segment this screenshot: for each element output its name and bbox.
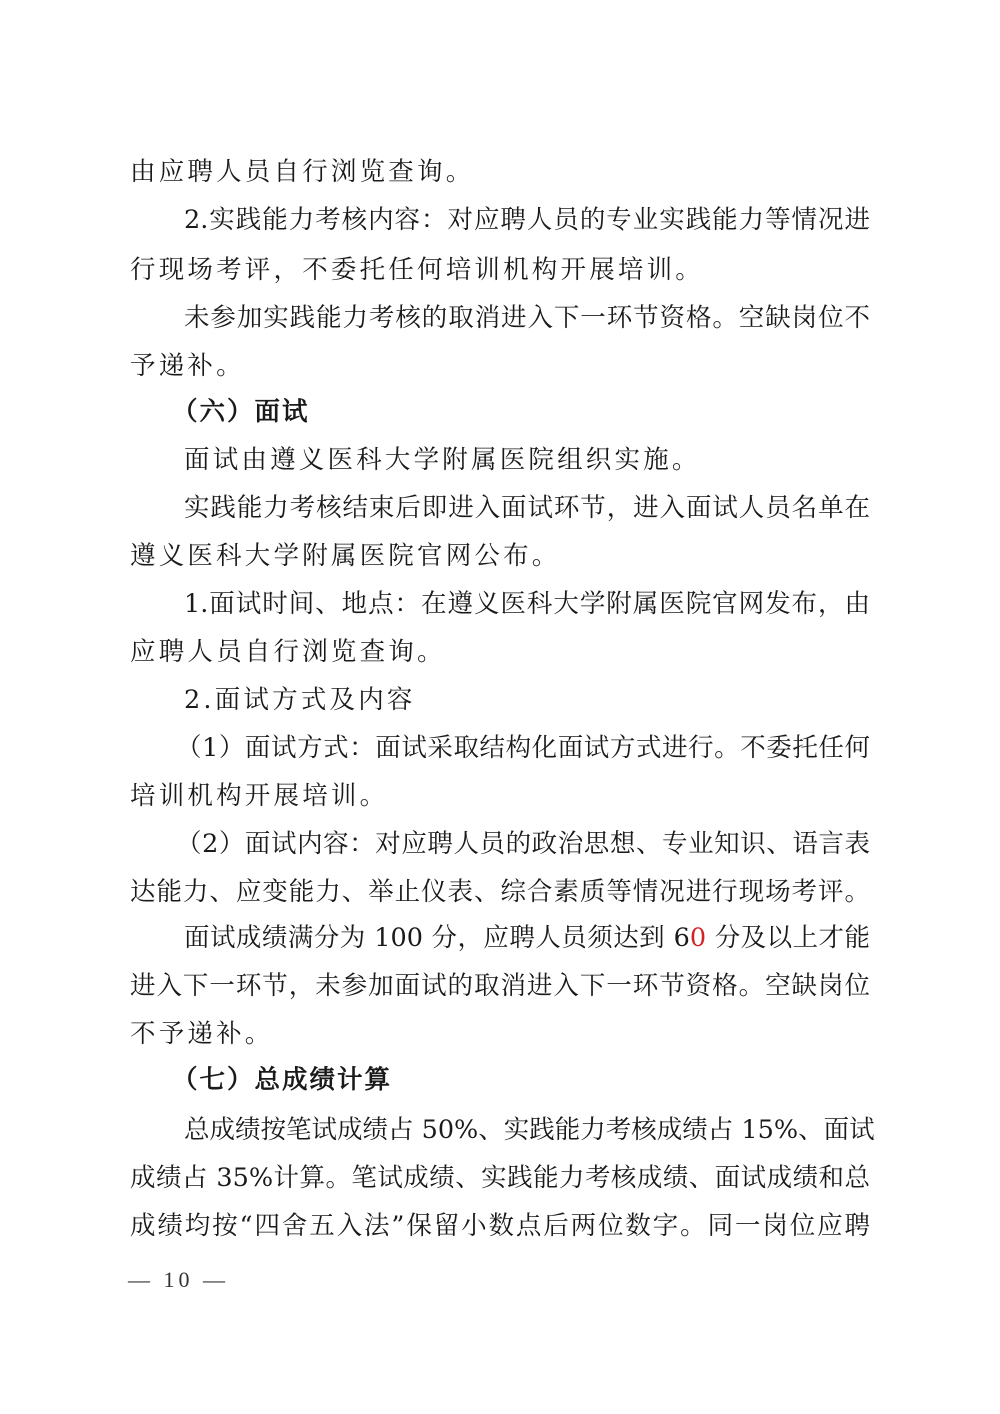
- paragraph-line: 应聘人员自行浏览查询。: [130, 636, 870, 668]
- paragraph-line: 培训机构开展培训。: [130, 780, 870, 812]
- paragraph-line: 行现场考评，不委托任何培训机构开展培训。: [130, 254, 870, 286]
- paragraph-line: 总成绩按笔试成绩占 50%、实践能力考核成绩占 15%、面试: [184, 1114, 870, 1146]
- paragraph-line: 遵义医科大学附属医院官网公布。: [130, 540, 870, 572]
- score-highlight-red: 0: [690, 923, 706, 953]
- score-text-pre: 面试成绩满分为 100 分，应聘人员须达到 6: [184, 923, 690, 953]
- paragraph-line: 予递补。: [130, 350, 870, 382]
- paragraph-line: 成绩占 35%计算。笔试成绩、实践能力考核成绩、面试成绩和总: [130, 1162, 870, 1194]
- paragraph-line: 面试由遵义医科大学附属医院组织实施。: [184, 444, 870, 476]
- page-number: — 10 —: [128, 1266, 229, 1294]
- paragraph-line: （1）面试方式：面试采取结构化面试方式进行。不委托任何: [176, 732, 870, 764]
- paragraph-line: （2）面试内容：对应聘人员的政治思想、专业知识、语言表: [176, 828, 870, 860]
- paragraph-line: 由应聘人员自行浏览查询。: [130, 156, 870, 188]
- paragraph-line: 1.面试时间、地点：在遵义医科大学附属医院官网发布，由: [184, 588, 870, 620]
- paragraph-line-score: 面试成绩满分为 100 分，应聘人员须达到 60 分及以上才能: [184, 922, 870, 954]
- subsection-heading: 2.面试方式及内容: [184, 684, 870, 716]
- document-page: 由应聘人员自行浏览查询。 2.实践能力考核内容：对应聘人员的专业实践能力等情况进…: [0, 0, 1000, 1414]
- paragraph-line: 未参加实践能力考核的取消进入下一环节资格。空缺岗位不: [184, 302, 870, 334]
- paragraph-line: 2.实践能力考核内容：对应聘人员的专业实践能力等情况进: [184, 204, 870, 236]
- section-heading-interview: （六）面试: [172, 396, 858, 428]
- score-text-post: 分及以上才能: [706, 923, 870, 953]
- paragraph-line: 实践能力考核结束后即进入面试环节，进入面试人员名单在: [184, 492, 870, 524]
- paragraph-line: 达能力、应变能力、举止仪表、综合素质等情况进行现场考评。: [130, 876, 870, 908]
- paragraph-line: 进入下一环节，未参加面试的取消进入下一环节资格。空缺岗位: [130, 970, 870, 1002]
- paragraph-line: 成绩均按“四舍五入法”保留小数点后两位数字。同一岗位应聘: [130, 1210, 870, 1242]
- section-heading-total-score: （七）总成绩计算: [172, 1064, 858, 1096]
- paragraph-line: 不予递补。: [130, 1018, 870, 1050]
